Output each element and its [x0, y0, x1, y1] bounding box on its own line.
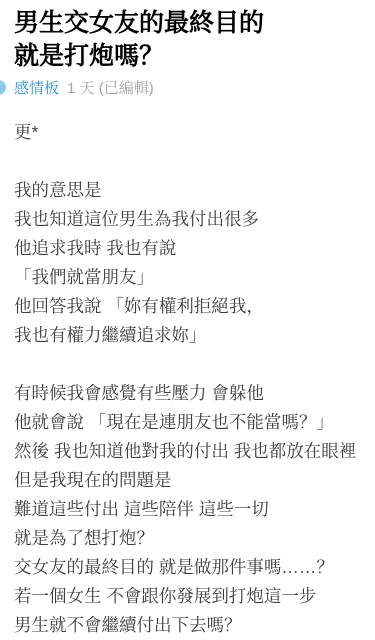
post-title-line-1: 男生交女友的最終目的: [14, 7, 361, 40]
body-line: 他追求我時 我也有說: [14, 234, 361, 263]
body-line: 我也知道這位男生為我付出很多: [14, 205, 361, 234]
post-timestamp: 1 天 (已編輯): [67, 79, 154, 99]
body-line: 交女友的最終目的 就是做那件事嗎……？: [14, 553, 361, 582]
body-line: 就是為了想打炮？: [14, 524, 361, 553]
body-line: [14, 350, 361, 379]
body-line: 他就會說 「現在是連朋友也不能當嗎？」: [14, 408, 361, 437]
body-line: 若一個女生 不會跟你發展到打炮這一步: [14, 582, 361, 611]
body-line: 但是我現在的問題是: [14, 466, 361, 495]
body-line: 「我們就當朋友」: [14, 263, 361, 292]
body-line: 他回答我說 「妳有權利拒絕我，: [14, 292, 361, 321]
post-body: 更*我的意思是我也知道這位男生為我付出很多他追求我時 我也有說「我們就當朋友」他…: [14, 118, 361, 640]
partial-icon-left-edge: [0, 80, 6, 95]
body-line: 有時候我會感覺有些壓力 會躲他: [14, 379, 361, 408]
post-page: 男生交女友的最終目的 就是打炮嗎？ 感情板 1 天 (已編輯) 更*我的意思是我…: [0, 0, 375, 640]
post-title: 男生交女友的最終目的 就是打炮嗎？: [14, 0, 361, 73]
body-line: 難道這些付出 這些陪伴 這些一切: [14, 495, 361, 524]
post-title-line-2: 就是打炮嗎？: [14, 40, 361, 73]
body-line: 更*: [14, 118, 361, 147]
body-line: 然後 我也知道他對我的付出 我也都放在眼裡: [14, 437, 361, 466]
body-line: [14, 147, 361, 176]
board-link[interactable]: 感情板: [14, 79, 59, 99]
post-meta: 感情板 1 天 (已編輯): [14, 79, 361, 99]
body-line: 我的意思是: [14, 176, 361, 205]
body-line: 我也有權力繼續追求妳」: [14, 321, 361, 350]
body-line: 男生就不會繼續付出下去嗎？: [14, 611, 361, 640]
